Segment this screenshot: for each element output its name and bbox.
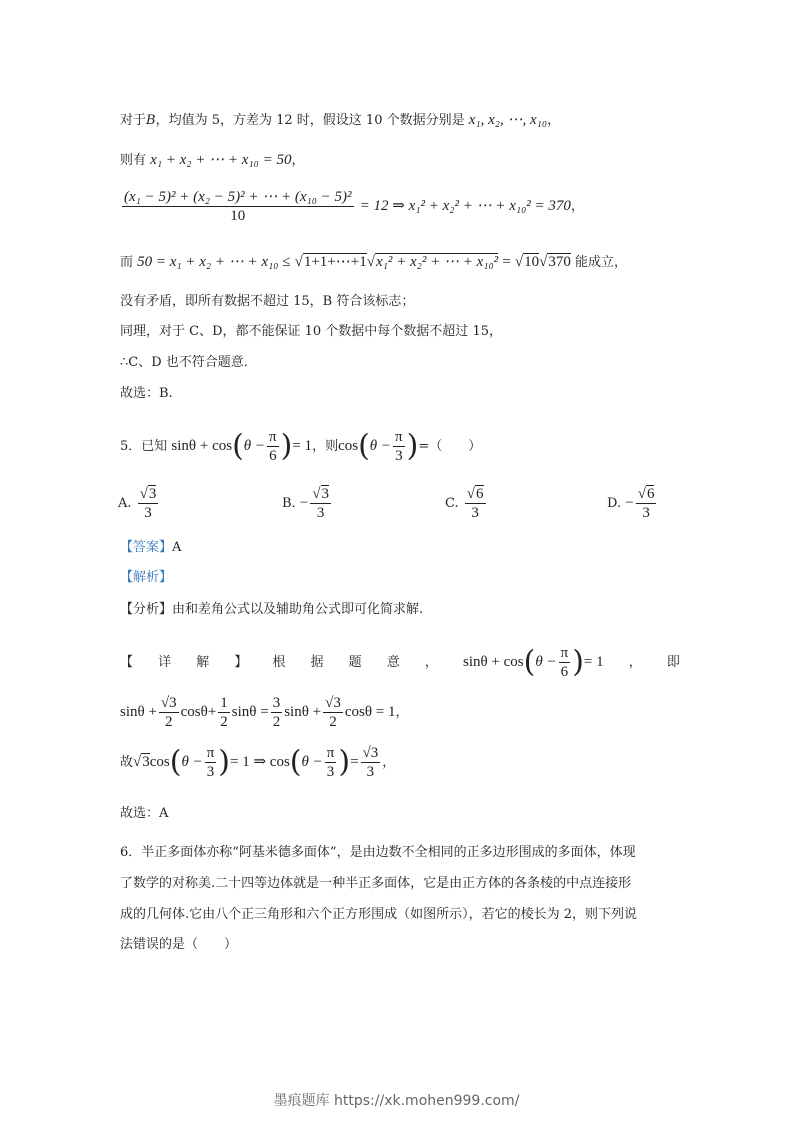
sqrt-content: x₁² + x₂² + ⋯ + x₁₀² [375, 253, 498, 270]
text: 能成立， [575, 255, 627, 270]
numerator: π [325, 744, 337, 763]
numerator: 6 [646, 485, 655, 502]
denominator: 10 [230, 207, 245, 225]
option-a[interactable]: A. √33 [118, 485, 160, 522]
fraction: π3 [205, 744, 217, 781]
text: ，则 [312, 439, 338, 454]
math: = [502, 254, 510, 270]
math: θ − [302, 754, 323, 770]
math: = 1 ⇒ cos [230, 754, 290, 770]
sign: − [300, 495, 308, 511]
numerator: √3 [159, 694, 179, 713]
fraction: π6 [267, 428, 279, 465]
fenxi-tag: 【分析】 [120, 602, 172, 617]
q5-conclusion: 故选：A [120, 804, 168, 824]
math: sinθ + [284, 704, 321, 720]
text: B [146, 113, 156, 128]
text: 则有 [120, 153, 146, 168]
text: ， [629, 645, 642, 681]
math: = 1 [584, 654, 604, 670]
option-label: D. [607, 496, 621, 511]
text: =（ ） [418, 439, 481, 454]
denominator: 3 [317, 504, 325, 522]
footer-watermark: 墨痕题库 https://xk.mohen999.com/ [0, 1090, 793, 1110]
option-label: C. [445, 496, 459, 511]
math: cosθ = 1 [345, 704, 396, 720]
text: 解 [196, 645, 209, 681]
text: ， [291, 153, 304, 168]
denominator: 3 [471, 504, 479, 522]
denominator: 3 [367, 763, 375, 781]
option-label: B. [282, 496, 296, 511]
fraction: √33 [310, 485, 331, 522]
option-d[interactable]: D. −√63 [607, 485, 658, 522]
numerator: 3 [148, 485, 157, 502]
math: sinθ + cos [463, 654, 524, 670]
denominator: 3 [327, 763, 335, 781]
text: ， [395, 705, 408, 720]
text: 即 [667, 645, 680, 681]
numerator: π [559, 644, 571, 663]
text-line-6: 同理，对于 C、D，都不能保证 10 个数据中每个数据不超过 15， [120, 322, 502, 342]
text: ， [425, 645, 438, 681]
sqrt-content: 3 [141, 753, 150, 770]
fraction: √63 [465, 485, 486, 522]
denominator: 2 [329, 713, 337, 731]
math: cos [338, 438, 358, 454]
numerator: π [393, 428, 405, 447]
numerator: π [205, 744, 217, 763]
numerator: (x₁ − 5)² + (x₂ − 5)² + ⋯ + (x₁₀ − 5)² [122, 188, 354, 207]
denominator: 3 [144, 504, 152, 522]
text: ， [547, 113, 560, 128]
numerator: π [267, 428, 279, 447]
text-line-1: 对于B，均值为 5，方差为 12 时，假设这 10 个数据分别是 x₁, x₂,… [120, 110, 560, 131]
text: 故 [120, 755, 133, 770]
derivation-step-2: 故√3cos(θ −π3)= 1 ⇒ cos(θ −π3)=√33， [120, 744, 395, 781]
math: θ − [535, 654, 556, 670]
numerator: 3 [321, 485, 330, 502]
fraction: √33 [361, 744, 381, 781]
denominator: 6 [269, 447, 277, 465]
fraction: (x₁ − 5)² + (x₂ − 5)² + ⋯ + (x₁₀ − 5)² 1… [122, 188, 354, 225]
math: = [350, 754, 358, 770]
question-6-line-2: 了数学的对称美.二十四等边体就是一种半正多面体，它是由正方体的各条棱的中点连接形 [120, 874, 631, 894]
sqrt-content: 370 [547, 253, 571, 270]
fraction: 12 [218, 694, 230, 731]
math: θ − [181, 754, 202, 770]
math: θ − [370, 438, 391, 454]
text-line-2: 则有 x₁ + x₂ + ⋯ + x₁₀ = 50， [120, 150, 305, 171]
option-c[interactable]: C. √63 [445, 485, 488, 522]
fraction: √32 [323, 694, 343, 731]
text-line-3-variance: (x₁ − 5)² + (x₂ − 5)² + ⋯ + (x₁₀ − 5)² 1… [120, 188, 584, 225]
text: 而 [120, 255, 133, 270]
text: 对于 [120, 113, 146, 128]
math: = 12 ⇒ x₁² + x₂² + ⋯ + x₁₀² = 370 [360, 198, 571, 214]
math: x₁, x₂, ⋯, x₁₀ [469, 112, 547, 128]
fraction: √32 [159, 694, 179, 731]
sqrt-content: 10 [523, 253, 539, 270]
text: 5．已知 [120, 439, 167, 454]
denominator: 3 [642, 504, 650, 522]
denominator: 3 [395, 447, 403, 465]
sign: − [625, 495, 633, 511]
math: 50 = x₁ + x₂ + ⋯ + x₁₀ ≤ [137, 254, 290, 270]
numerator: √3 [361, 744, 381, 763]
math: x₁ + x₂ + ⋯ + x₁₀ = 50 [150, 152, 291, 168]
text: ， [382, 755, 395, 770]
math: sinθ + [120, 704, 157, 720]
numerator: 1 [218, 694, 230, 713]
text: 详 [158, 645, 171, 681]
question-5-stem: 5．已知 sinθ + cos(θ −π6)= 1，则cos(θ −π3)=（ … [120, 428, 481, 465]
fraction: π3 [393, 428, 405, 465]
fenxi-line: 【分析】由和差角公式以及辅助角公式即可化简求解. [120, 600, 423, 620]
question-6-line-4: 法错误的是（ ） [120, 935, 237, 955]
text: ，均值为 5，方差为 12 时，假设这 10 个数据分别是 [156, 113, 465, 128]
denominator: 2 [273, 713, 281, 731]
option-label: A. [118, 496, 132, 511]
denominator: 6 [561, 663, 569, 681]
math: sinθ + cos [171, 438, 232, 454]
fraction: √33 [138, 485, 159, 522]
answer-value: A [172, 540, 181, 555]
analysis-tag: 【解析】 [120, 568, 172, 588]
text: 由和差角公式以及辅助角公式即可化简求解. [172, 602, 423, 617]
sqrt-content: 1+1+⋯+1 [303, 253, 367, 270]
numerator: 3 [271, 694, 283, 713]
numerator: 6 [475, 485, 484, 502]
denominator: 3 [207, 763, 215, 781]
text: 意 [387, 645, 400, 681]
answer-tag: 【答案】 [120, 540, 172, 555]
denominator: 2 [220, 713, 228, 731]
text: 根 [272, 645, 285, 681]
fraction: 32 [271, 694, 283, 731]
math: cosθ+ [181, 704, 217, 720]
denominator: 2 [165, 713, 173, 731]
text-line-8: 故选：B. [120, 384, 173, 404]
numerator: √3 [323, 694, 343, 713]
text-line-5: 没有矛盾，即所有数据不超过 15，B 符合该标志； [120, 292, 414, 312]
answer-line: 【答案】A [120, 538, 181, 558]
fraction: π3 [325, 744, 337, 781]
math: = 1 [292, 438, 312, 454]
derivation-step-1: sinθ +√32cosθ+12sinθ =32sinθ +√32cosθ = … [120, 694, 408, 731]
xiangjie-line: 【 详 解 】 根 据 题 意 ， sinθ + cos(θ −π6)= 1 ，… [120, 644, 680, 681]
math: cos [150, 754, 170, 770]
text-line-4-cauchy: 而 50 = x₁ + x₂ + ⋯ + x₁₀ ≤ √1+1+⋯+1√x₁² … [120, 252, 627, 273]
text-line-7: ∴C、D 也不符合题意． [120, 353, 257, 373]
text: 】 [234, 645, 247, 681]
fraction: √63 [636, 485, 657, 522]
question-6-line-3: 成的几何体.它由八个正三角形和六个正方形围成（如图所示），若它的棱长为 2，则下… [120, 905, 637, 925]
math: θ − [244, 438, 265, 454]
option-b[interactable]: B. −√33 [282, 485, 333, 522]
math: sinθ = [232, 704, 269, 720]
text: 【 [120, 645, 133, 681]
question-6-line-1: 6．半正多面体亦称“阿基米德多面体”，是由边数不全相同的正多边形围成的多面体，体… [120, 843, 636, 863]
fraction: π6 [559, 644, 571, 681]
text: 据 [311, 645, 324, 681]
text: 题 [349, 645, 362, 681]
text: ， [571, 199, 584, 214]
